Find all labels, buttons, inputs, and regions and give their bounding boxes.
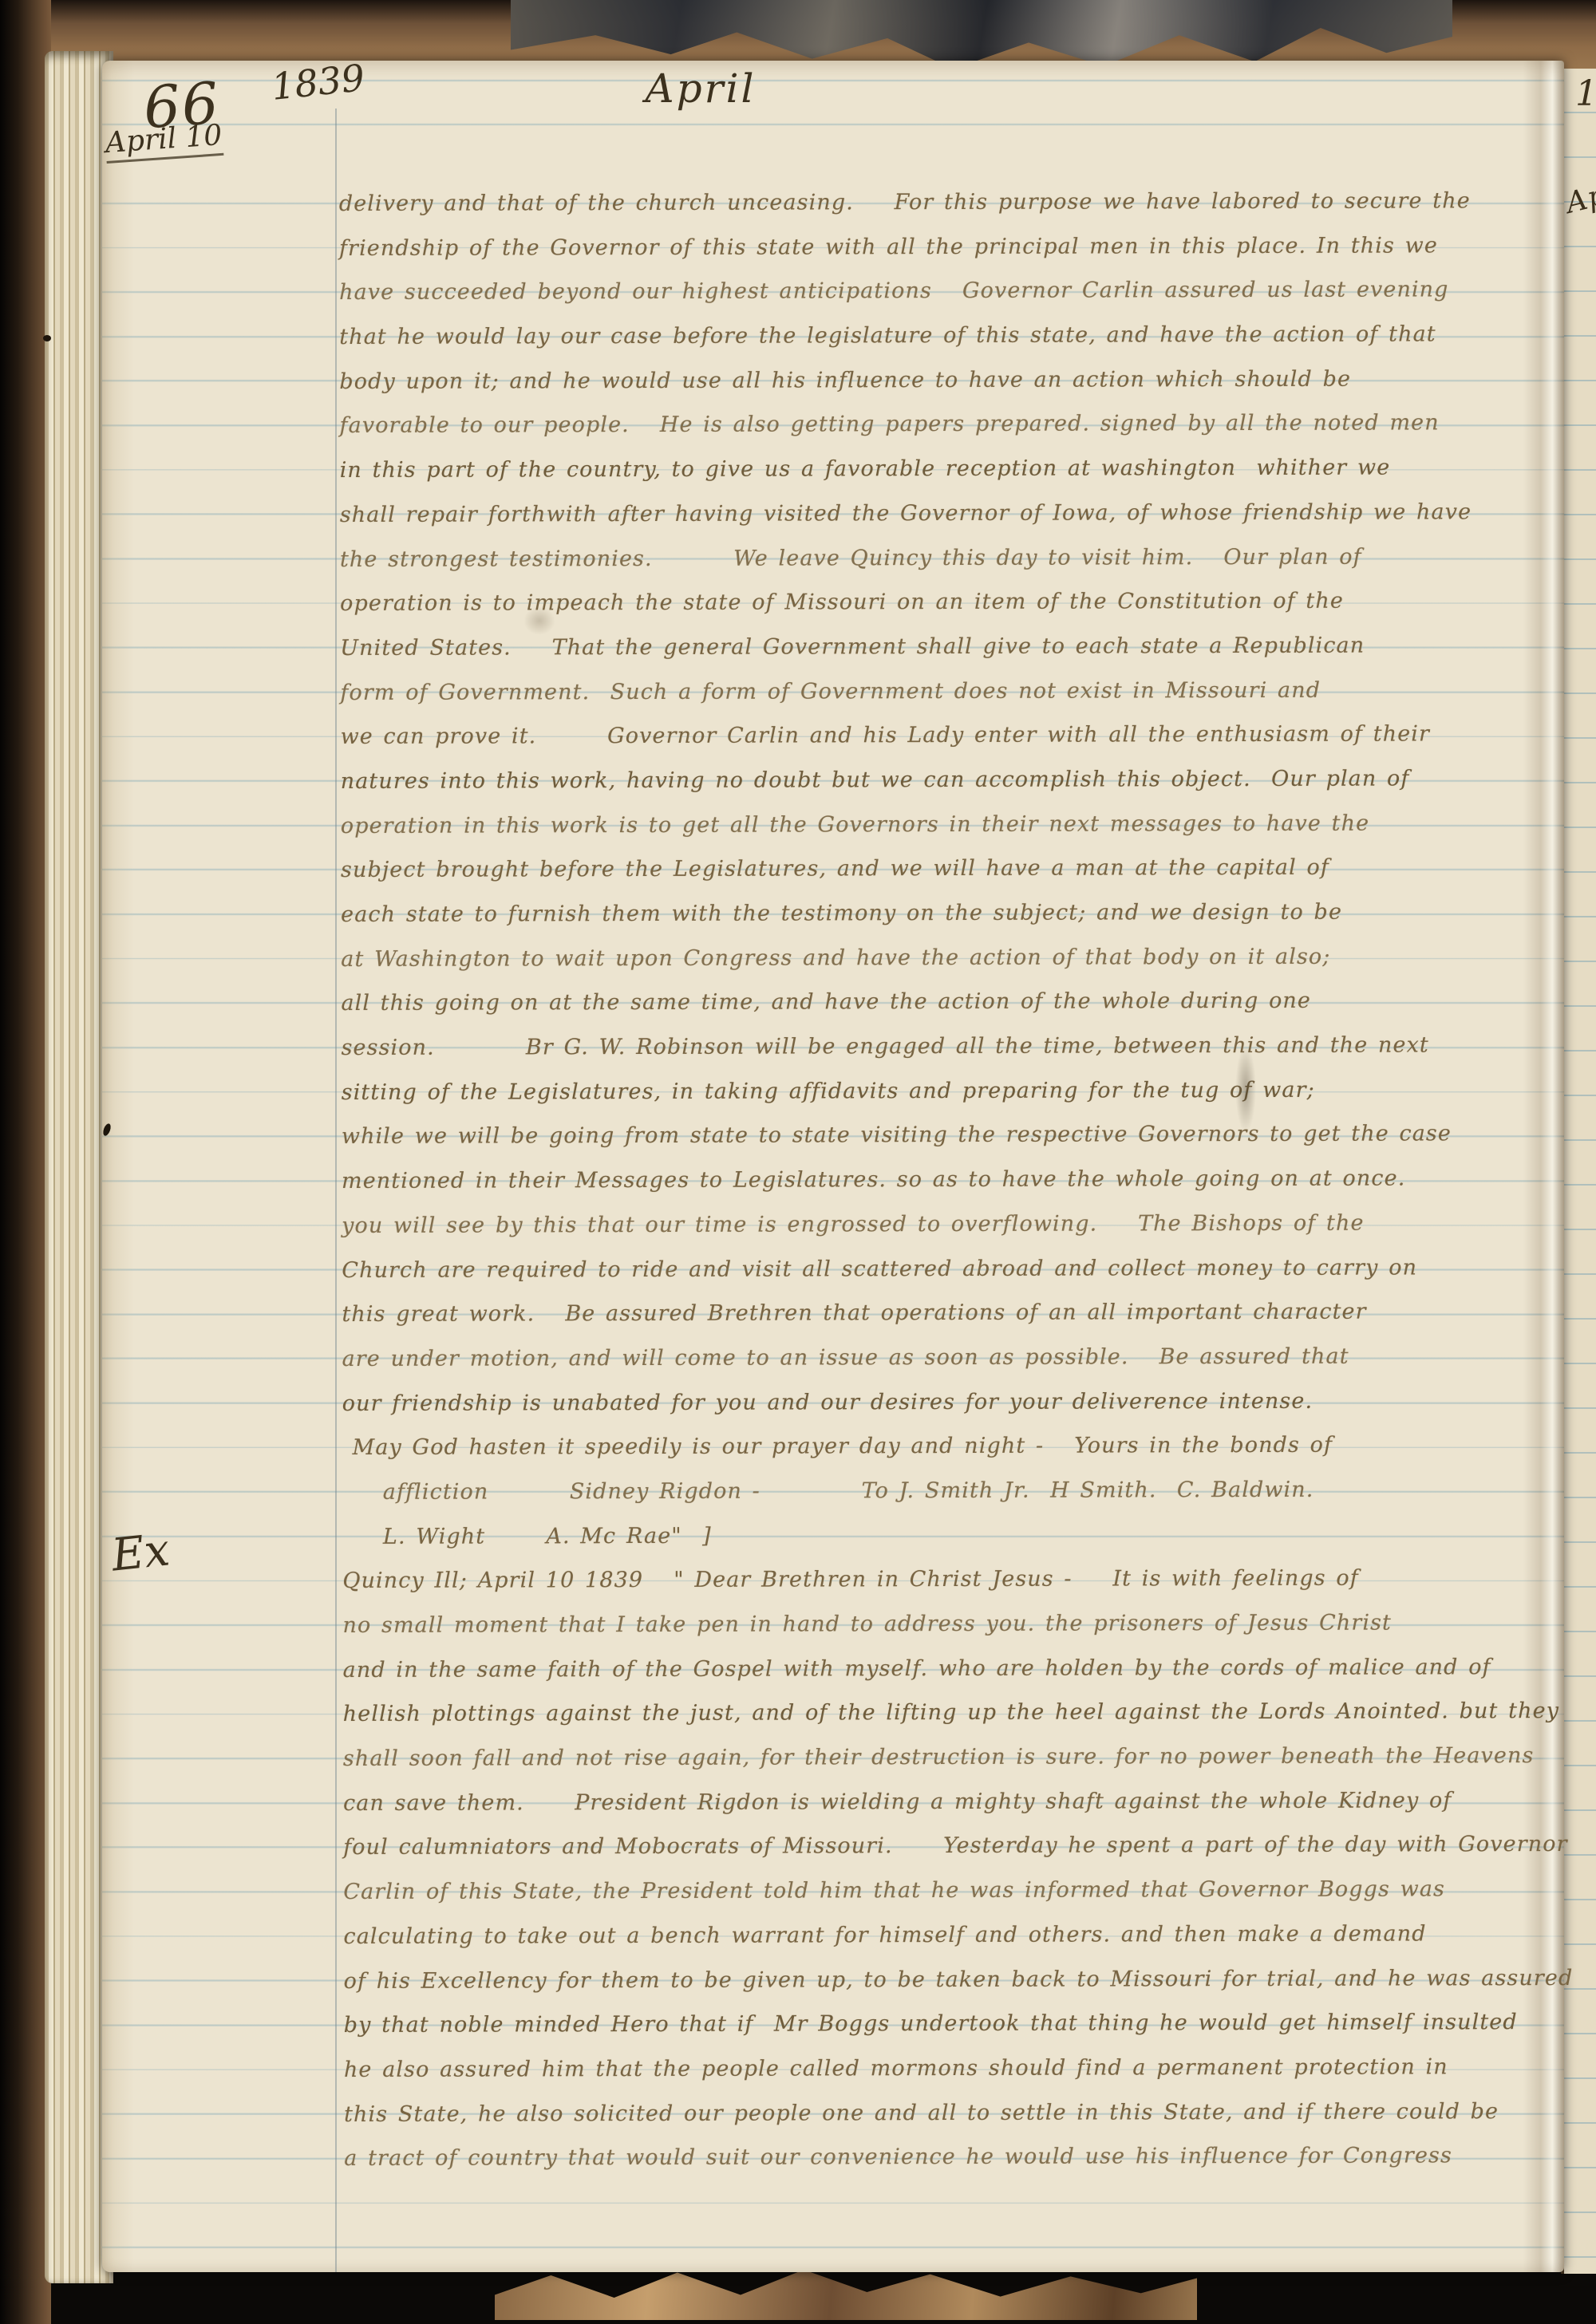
text-line: you will see by this that our time is en… [342,1201,1553,1249]
next-page-margin-date-partial: April [1562,170,1596,220]
margin-rule-line [335,109,337,2272]
book-cover-left-edge [0,0,51,2324]
text-line: the strongest testimonies. We leave Quin… [340,535,1551,582]
text-line: friendship of the Governor of this state… [339,223,1551,271]
text-line: each state to furnish them with the test… [341,890,1552,937]
text-line: have succeeded beyond our highest antici… [339,267,1551,315]
next-page-number-partial: 1 [1575,73,1596,114]
text-line: shall repair forthwith after having visi… [340,490,1551,538]
text-line: Church are required to ride and visit al… [342,1245,1553,1293]
text-line: this great work. Be assured Brethren tha… [342,1289,1553,1337]
text-line: foul calumniators and Mobocrats of Misso… [343,1822,1555,1870]
text-line: calculating to take out a bench warrant … [343,1912,1555,1959]
manuscript-page: 66 1839 April April 10 Ex delivery and t… [102,61,1564,2272]
text-line: form of Government. Such a form of Gover… [340,668,1551,716]
text-line: favorable to our people. He is also gett… [339,400,1551,448]
text-line: operation is to impeach the state of Mis… [340,578,1551,626]
text-line: our friendship is unabated for you and o… [342,1379,1554,1426]
text-line: of his Excellency for them to be given u… [344,1956,1555,2004]
ink-smudge [1235,1045,1256,1133]
text-line: hellish plottings against the just, and … [343,1689,1555,1737]
scanned-journal-screenshot: 1 April 66 1839 April April 10 Ex delive… [0,0,1596,2324]
torn-marbled-paper-bottom [495,2264,1197,2320]
next-page-edge: 1 April [1561,69,1596,2274]
text-line: body upon it; and he would use all his i… [339,357,1551,404]
text-line: mentioned in their Messages to Legislatu… [342,1156,1553,1204]
text-line: Carlin of this State, the President told… [343,1867,1555,1915]
text-line: all this going on at the same time, and … [341,978,1552,1026]
text-line: Quincy Ill; April 10 1839 " Dear Brethre… [342,1556,1554,1604]
text-line: and in the same faith of the Gospel with… [343,1645,1555,1693]
manuscript-lines: delivery and that of the church unceasin… [339,179,1556,2181]
text-line: at Washington to wait upon Congress and … [341,934,1552,982]
month-header: April [597,65,804,112]
text-line: this State, he also solicited our people… [344,2089,1555,2137]
text-line: are under motion, and will come to an is… [342,1334,1554,1382]
text-line: shall soon fall and not rise again, for … [343,1734,1555,1781]
text-line: in this part of the country, to give us … [340,445,1551,493]
text-line: subject brought before the Legislatures,… [341,845,1552,893]
text-line: delivery and that of the church unceasin… [339,179,1551,227]
ink-smudge [523,606,555,635]
text-line: United States. That the general Governme… [340,623,1551,671]
text-line: sitting of the Legislatures, in taking a… [342,1067,1553,1115]
text-line: no small moment that I take pen in hand … [342,1600,1554,1648]
text-line: May God hasten it speedily is our prayer… [342,1422,1554,1470]
text-line: we can prove it. Governor Carlin and his… [340,712,1551,760]
text-line: he also assured him that the people call… [344,2045,1555,2093]
margin-date: April 10 [105,119,223,164]
text-line: session. Br G. W. Robinson will be engag… [341,1023,1552,1071]
margin-mark-ex: Ex [109,1524,172,1581]
year-label: 1839 [269,56,366,109]
text-line: L. Wight A. Mc Rae" ] [342,1512,1554,1560]
text-line: can save them. President Rigdon is wield… [343,1778,1555,1826]
text-line: by that noble minded Hero that if Mr Bog… [344,2000,1555,2048]
text-line: that he would lay our case before the le… [339,312,1551,360]
text-line: affliction Sidney Rigdon - To J. Smith J… [342,1467,1554,1515]
text-line: natures into this work, having no doubt … [341,756,1552,804]
text-line: operation in this work is to get all the… [341,801,1552,849]
text-line: while we will be going from state to sta… [342,1111,1553,1159]
text-line: a tract of country that would suit our c… [344,2133,1555,2181]
ink-speck [43,335,51,341]
